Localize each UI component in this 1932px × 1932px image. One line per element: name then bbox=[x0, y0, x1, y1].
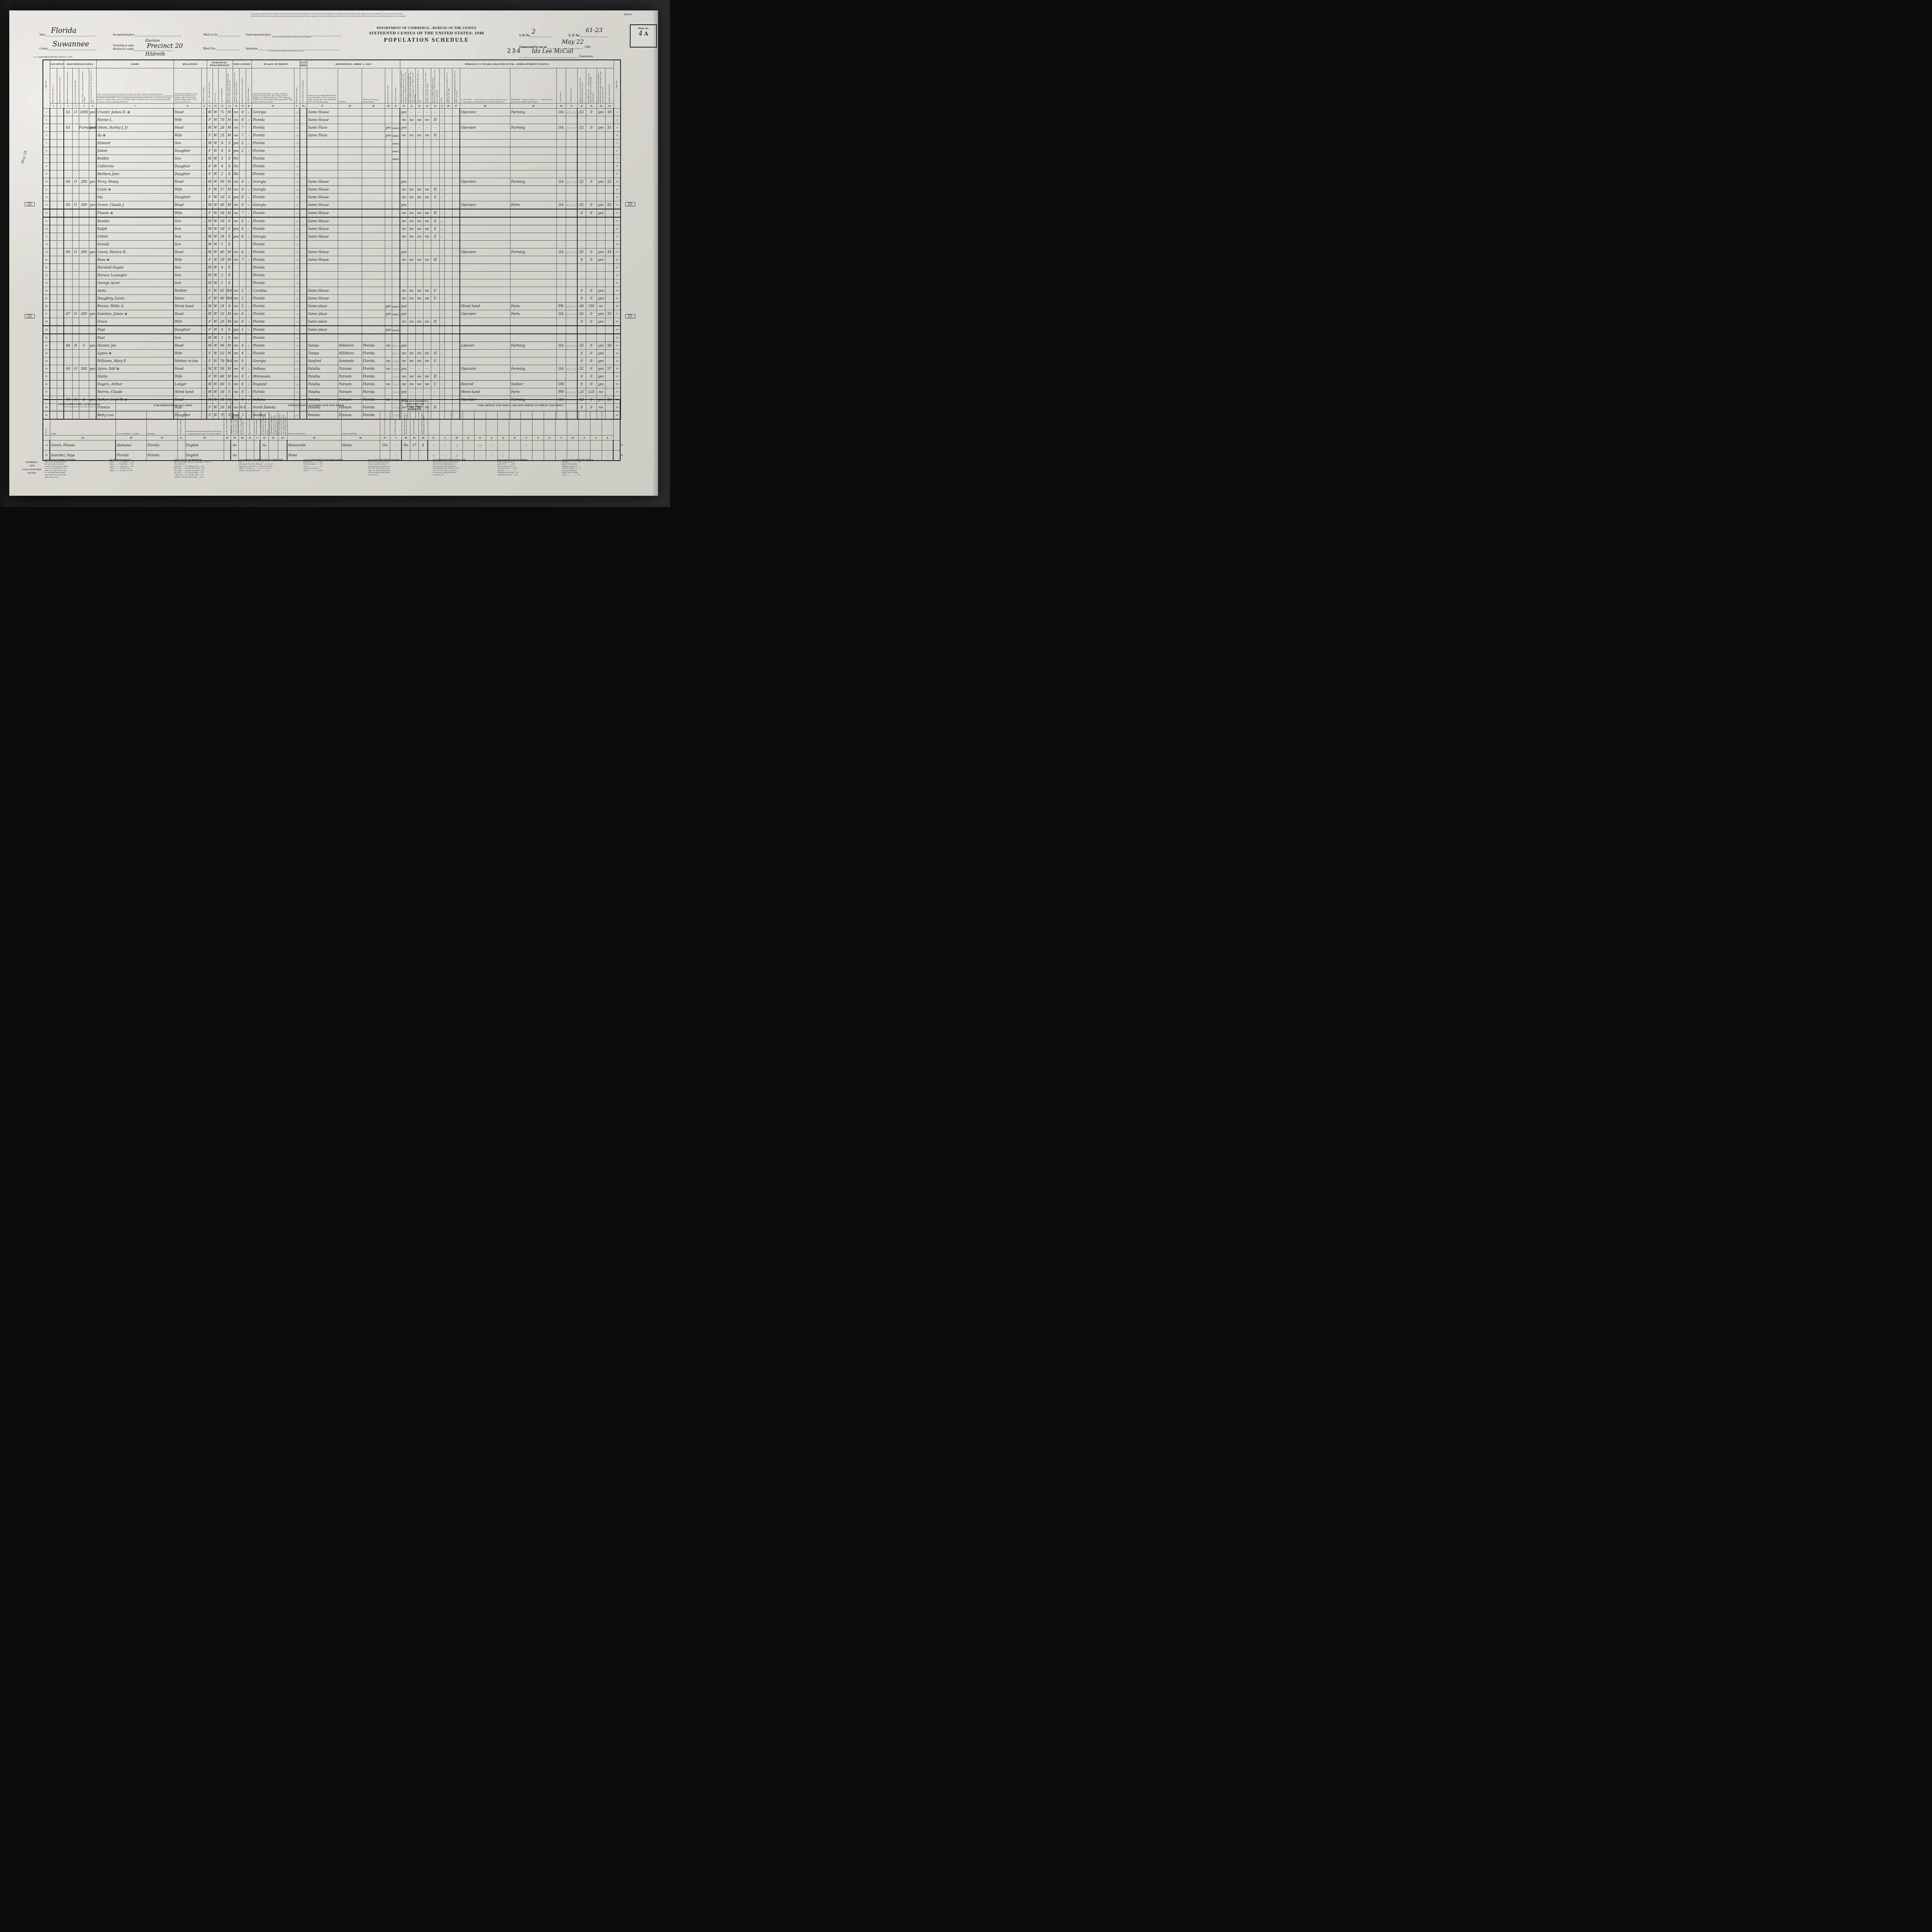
table-cell bbox=[72, 287, 79, 295]
table-cell bbox=[510, 279, 556, 287]
table-cell: Florida bbox=[146, 440, 177, 451]
table-cell bbox=[392, 295, 400, 303]
table-cell: 7 bbox=[239, 124, 246, 132]
table-cell bbox=[362, 264, 385, 272]
table-cell: no bbox=[233, 365, 239, 373]
table-cell: Florida bbox=[252, 132, 294, 139]
table-cell: 1 bbox=[439, 310, 444, 318]
table-cell bbox=[79, 170, 89, 178]
table-cell: no bbox=[233, 132, 239, 139]
table-cell bbox=[566, 116, 577, 124]
table-cell: M bbox=[207, 248, 213, 256]
column-desc: CODE (Leave blank) bbox=[390, 411, 401, 435]
table-cell: Son bbox=[173, 233, 201, 241]
table-cell bbox=[605, 272, 614, 279]
table-cell: 79 bbox=[294, 225, 300, 233]
table-cell bbox=[300, 233, 307, 241]
table-cell bbox=[452, 334, 460, 342]
table-cell: 8 bbox=[239, 318, 246, 326]
table-cell bbox=[50, 365, 57, 373]
table-cell: Son bbox=[173, 139, 201, 147]
table-cell bbox=[233, 241, 239, 248]
table-cell: 79 bbox=[294, 217, 300, 225]
table-cell bbox=[385, 373, 392, 381]
table-cell: George Aarel bbox=[96, 279, 173, 287]
table-cell bbox=[510, 264, 556, 272]
table-cell bbox=[385, 201, 392, 209]
table-cell bbox=[89, 225, 96, 233]
table-cell: 5 bbox=[439, 350, 444, 357]
table-cell bbox=[444, 248, 452, 256]
table-cell: 0 bbox=[586, 109, 597, 116]
table-cell bbox=[431, 170, 439, 178]
table-cell: 866 VV 4 bbox=[566, 388, 577, 396]
table-cell: 2 bbox=[239, 287, 246, 295]
table-cell bbox=[79, 388, 89, 396]
table-cell: Ronald bbox=[96, 241, 173, 248]
table-cell bbox=[72, 217, 79, 225]
column-number: 33 bbox=[597, 104, 605, 109]
table-cell: – bbox=[415, 201, 423, 209]
table-cell: 0 bbox=[586, 256, 597, 264]
symbols-notes-heading: SYMBOLSANDEXPLANATORYNOTES bbox=[22, 461, 43, 475]
table-cell: Catherine bbox=[96, 163, 173, 170]
table-cell: 125 bbox=[586, 388, 597, 396]
table-cell: Farming bbox=[510, 124, 556, 132]
table-cell: 2 bbox=[201, 264, 207, 272]
table-cell bbox=[57, 350, 64, 357]
table-cell bbox=[460, 116, 510, 124]
table-cell: 0 bbox=[577, 318, 586, 326]
table-cell: 22 bbox=[43, 272, 50, 279]
table-cell: Florida bbox=[252, 139, 294, 147]
column-number: 26 bbox=[444, 104, 452, 109]
table-cell bbox=[423, 170, 431, 178]
table-cell: Furnished bbox=[79, 124, 89, 132]
table-cell bbox=[431, 241, 439, 248]
table-row: 3168R5yesHunter, JoeHead0MW49Mno44Florid… bbox=[43, 342, 621, 350]
table-cell bbox=[50, 342, 57, 350]
table-cell: – bbox=[431, 303, 439, 310]
table-cell bbox=[57, 201, 64, 209]
table-cell: 5 bbox=[614, 139, 621, 147]
table-cell bbox=[444, 373, 452, 381]
table-cell bbox=[338, 116, 362, 124]
table-cell: S bbox=[226, 170, 233, 178]
sd-label: S. D. No. bbox=[519, 34, 530, 37]
column-desc bbox=[509, 411, 520, 435]
state-label: State bbox=[39, 33, 45, 36]
table-cell: Same House bbox=[307, 201, 338, 209]
table-cell bbox=[64, 334, 72, 342]
column-group: CITIZEN­SHIP bbox=[300, 60, 307, 68]
table-cell bbox=[57, 334, 64, 342]
table-cell: Agnes ⊗ bbox=[96, 350, 173, 357]
table-cell: W bbox=[213, 225, 218, 233]
table-cell: 000 VV 4 bbox=[566, 310, 577, 318]
table-cell bbox=[431, 139, 439, 147]
column-number: 39 bbox=[231, 435, 238, 440]
table-cell bbox=[239, 264, 246, 272]
table-cell: 8 bbox=[239, 225, 246, 233]
table-cell: Son bbox=[173, 264, 201, 272]
table-cell: 1 bbox=[201, 116, 207, 124]
column-number: 19 bbox=[362, 104, 385, 109]
table-cell: no bbox=[415, 350, 423, 357]
table-cell bbox=[57, 241, 64, 248]
table-cell bbox=[460, 350, 510, 357]
table-cell: Williams, Mary P. bbox=[96, 357, 173, 365]
table-cell bbox=[269, 440, 278, 451]
table-cell: W bbox=[213, 170, 218, 178]
table-cell: no bbox=[423, 350, 431, 357]
table-cell bbox=[385, 116, 392, 124]
table-cell: 79 bbox=[294, 272, 300, 279]
table-cell: 5 bbox=[439, 116, 444, 124]
table-cell bbox=[460, 233, 510, 241]
column-desc: Age at first marriage bbox=[410, 411, 418, 435]
column-number: M bbox=[451, 435, 463, 440]
table-cell: 21 bbox=[43, 264, 50, 272]
table-cell: Home bbox=[341, 440, 380, 451]
column-desc bbox=[451, 411, 463, 435]
table-cell: 0 bbox=[577, 295, 586, 303]
unincorporated-field: Unincorporated place (Name of unincorpor… bbox=[246, 33, 341, 38]
table-cell bbox=[72, 256, 79, 264]
table-cell: Head bbox=[173, 201, 201, 209]
table-cell bbox=[392, 194, 400, 201]
note-line: Corps) ........................... R bbox=[562, 474, 624, 476]
table-cell bbox=[586, 272, 597, 279]
table-cell bbox=[444, 209, 452, 217]
table-cell: 20 bbox=[43, 256, 50, 264]
table-cell bbox=[338, 139, 362, 147]
column-desc: CODE (Leave blank) bbox=[224, 411, 231, 435]
table-cell: S bbox=[226, 155, 233, 163]
table-cell bbox=[50, 233, 57, 241]
table-cell: 36 bbox=[614, 381, 621, 388]
column-group: EDUCATION bbox=[233, 60, 252, 68]
table-cell bbox=[408, 272, 415, 279]
table-cell: Operator bbox=[460, 310, 510, 318]
table-cell bbox=[300, 295, 307, 303]
table-cell bbox=[597, 116, 605, 124]
table-cell: no bbox=[400, 132, 408, 139]
table-cell: 8 bbox=[239, 373, 246, 381]
table-cell: M bbox=[226, 365, 233, 373]
table-cell: 51 bbox=[605, 124, 614, 132]
table-cell bbox=[300, 272, 307, 279]
table-cell: yes bbox=[597, 109, 605, 116]
table-cell: yes bbox=[89, 178, 96, 186]
table-cell: 2 bbox=[201, 139, 207, 147]
table-cell: – bbox=[408, 342, 415, 350]
table-cell bbox=[338, 248, 362, 256]
table-cell bbox=[89, 326, 96, 334]
table-cell: no bbox=[415, 209, 423, 217]
table-cell bbox=[307, 163, 338, 170]
sd-value: 2 bbox=[532, 28, 536, 35]
table-cell bbox=[439, 241, 444, 248]
table-cell: S bbox=[226, 139, 233, 147]
table-cell: yes bbox=[89, 248, 96, 256]
column-group: FOR PERSONS 14 YEARS OLD AND OVER bbox=[231, 400, 401, 411]
column-desc bbox=[602, 411, 613, 435]
table-cell bbox=[50, 295, 57, 303]
table-cell: Same Place bbox=[307, 124, 338, 132]
table-cell bbox=[300, 217, 307, 225]
table-cell: no bbox=[423, 194, 431, 201]
table-cell: – bbox=[431, 342, 439, 350]
table-cell bbox=[460, 373, 510, 381]
table-cell bbox=[50, 388, 57, 396]
table-cell bbox=[460, 295, 510, 303]
table-cell: Sanchez, James ⊗ bbox=[96, 310, 173, 318]
table-cell bbox=[57, 109, 64, 116]
table-cell: 64 bbox=[64, 178, 72, 186]
table-cell bbox=[385, 139, 392, 147]
table-cell: 7934 bbox=[392, 381, 400, 388]
table-cell: no bbox=[233, 318, 239, 326]
column-desc: If not seeking work, did he HAVE A JOB, … bbox=[423, 68, 431, 104]
table-cell: yes bbox=[400, 178, 408, 186]
institution-note: (Name of institution and lines on which … bbox=[269, 50, 340, 52]
table-cell: W bbox=[213, 326, 218, 334]
table-cell bbox=[385, 209, 392, 217]
table-cell: yes bbox=[400, 342, 408, 350]
table-cell bbox=[586, 279, 597, 287]
table-cell bbox=[338, 201, 362, 209]
table-cell bbox=[510, 350, 556, 357]
table-cell: no bbox=[233, 124, 239, 132]
table-cell: Same House bbox=[307, 248, 338, 256]
table-cell: Wd bbox=[226, 287, 233, 295]
table-cell bbox=[586, 132, 597, 139]
table-cell: 2 bbox=[218, 272, 226, 279]
table-cell: S bbox=[226, 381, 233, 388]
table-cell: 13 bbox=[43, 201, 50, 209]
table-cell bbox=[423, 264, 431, 272]
table-cell bbox=[597, 225, 605, 233]
table-cell bbox=[72, 233, 79, 241]
table-cell: X0V2 bbox=[392, 124, 400, 132]
explanatory-notes: SYMBOLSANDEXPLANATORYNOTES Col. 5. VALUE… bbox=[22, 459, 624, 494]
table-cell: Lizzie ⊗ bbox=[96, 186, 173, 194]
table-cell: F bbox=[207, 287, 213, 295]
column-desc: House number (in cities and towns) bbox=[57, 68, 64, 104]
table-cell bbox=[392, 209, 400, 217]
table-cell: Operator bbox=[460, 109, 510, 116]
table-cell: yes bbox=[89, 365, 96, 373]
table-cell: M bbox=[207, 241, 213, 248]
table-cell: 5 bbox=[520, 440, 532, 451]
table-cell bbox=[57, 170, 64, 178]
table-cell bbox=[605, 233, 614, 241]
table-cell bbox=[510, 287, 556, 295]
table-cell: 6 bbox=[439, 194, 444, 201]
table-cell: 4 bbox=[451, 440, 463, 451]
table-cell: 8 bbox=[246, 365, 252, 373]
column-desc: CODE (Leave blank) bbox=[201, 68, 207, 104]
table-cell bbox=[510, 233, 556, 241]
column-number: P bbox=[486, 435, 497, 440]
table-cell: 79 bbox=[294, 124, 300, 132]
table-cell: Hillsboro bbox=[338, 350, 362, 357]
table-cell bbox=[338, 178, 362, 186]
table-cell: O bbox=[72, 178, 79, 186]
table-cell: 37 bbox=[614, 388, 621, 396]
table-cell bbox=[408, 326, 415, 334]
table-cell: W bbox=[213, 139, 218, 147]
institution-label: Institution bbox=[246, 47, 258, 50]
table-cell: 7 bbox=[439, 381, 444, 388]
table-cell: 2 bbox=[201, 170, 207, 178]
table-cell bbox=[50, 109, 57, 116]
table-cell: Operator bbox=[460, 248, 510, 256]
table-cell bbox=[460, 241, 510, 248]
table-cell: W bbox=[213, 295, 218, 303]
table-cell: 0 bbox=[586, 318, 597, 326]
table-cell bbox=[597, 233, 605, 241]
table-cell: yes bbox=[597, 256, 605, 264]
table-cell: Georgia bbox=[252, 233, 294, 241]
table-cell: Florida bbox=[252, 217, 294, 225]
ward-label: Ward of city bbox=[203, 33, 218, 36]
table-cell bbox=[452, 350, 460, 357]
table-cell bbox=[431, 326, 439, 334]
table-cell: Lodger bbox=[173, 381, 201, 388]
table-cell bbox=[510, 256, 556, 264]
table-cell: Florida bbox=[362, 342, 385, 350]
table-cell: F bbox=[207, 170, 213, 178]
table-cell bbox=[385, 388, 392, 396]
table-cell: 29 bbox=[43, 326, 50, 334]
table-cell: yes bbox=[89, 342, 96, 350]
column-number: 25 bbox=[431, 104, 439, 109]
table-cell bbox=[64, 279, 72, 287]
table-cell: 18 bbox=[294, 233, 300, 241]
table-cell: 7933 bbox=[392, 373, 400, 381]
table-cell: no bbox=[233, 303, 239, 310]
table-cell: Head bbox=[173, 248, 201, 256]
table-row: 37Morris, ClaudeHired handXMW18Sno88Flor… bbox=[43, 388, 621, 396]
table-cell: 8 bbox=[239, 186, 246, 194]
table-cell bbox=[605, 388, 614, 396]
column-number: 17 bbox=[307, 104, 338, 109]
table-cell: W bbox=[213, 201, 218, 209]
table-cell: Son bbox=[173, 241, 201, 248]
table-cell: 4 bbox=[239, 342, 246, 350]
institution-field: Institution (Name of institution and lin… bbox=[246, 47, 340, 52]
table-cell bbox=[64, 116, 72, 124]
table-cell: Farm bbox=[510, 201, 556, 209]
table-cell: S bbox=[226, 303, 233, 310]
table-cell: – bbox=[408, 248, 415, 256]
table-cell: 28 bbox=[218, 124, 226, 132]
table-cell: Hired hand bbox=[173, 303, 201, 310]
table-cell bbox=[50, 241, 57, 248]
table-cell: W bbox=[213, 334, 218, 342]
table-cell bbox=[577, 170, 586, 178]
table-cell: S bbox=[226, 334, 233, 342]
table-cell: 2 bbox=[201, 279, 207, 287]
schedule-title: POPULATION SCHEDULE bbox=[349, 37, 504, 44]
note-line: College, 5th or subsequent year ........… bbox=[239, 469, 301, 472]
table-cell bbox=[556, 139, 566, 147]
table-cell bbox=[586, 217, 597, 225]
table-cell: 38 bbox=[474, 440, 486, 451]
table-cell bbox=[510, 170, 556, 178]
table-cell: 3 bbox=[43, 124, 50, 132]
table-cell: S bbox=[226, 279, 233, 287]
table-cell bbox=[423, 147, 431, 155]
table-cell: no bbox=[423, 287, 431, 295]
table-cell bbox=[233, 279, 239, 287]
table-cell bbox=[338, 209, 362, 217]
table-cell: 0 bbox=[439, 440, 451, 451]
table-cell bbox=[57, 155, 64, 163]
table-cell: Carolina bbox=[252, 287, 294, 295]
table-cell: no bbox=[423, 233, 431, 241]
table-cell bbox=[556, 155, 566, 163]
table-cell bbox=[415, 139, 423, 147]
table-cell bbox=[50, 272, 57, 279]
table-cell bbox=[577, 241, 586, 248]
table-cell bbox=[566, 334, 577, 342]
table-cell bbox=[586, 233, 597, 241]
table-cell bbox=[385, 147, 392, 155]
table-cell bbox=[392, 225, 400, 233]
table-cell: M bbox=[226, 132, 233, 139]
table-cell: M bbox=[207, 217, 213, 225]
table-cell: yes bbox=[597, 381, 605, 388]
table-cell bbox=[460, 318, 510, 326]
table-cell: 866 VV 4 bbox=[566, 303, 577, 310]
column-number: 15 bbox=[252, 104, 294, 109]
table-cell bbox=[452, 225, 460, 233]
column-number: 24 bbox=[423, 104, 431, 109]
table-cell bbox=[392, 217, 400, 225]
table-cell bbox=[597, 264, 605, 272]
table-cell: no bbox=[597, 388, 605, 396]
table-cell bbox=[362, 303, 385, 310]
table-cell bbox=[444, 326, 452, 334]
table-cell: S bbox=[226, 388, 233, 396]
table-cell: no bbox=[408, 350, 415, 357]
block-field: Block Nos. bbox=[203, 47, 240, 50]
table-cell bbox=[400, 326, 408, 334]
table-cell: S bbox=[226, 272, 233, 279]
table-cell bbox=[239, 241, 246, 248]
table-cell bbox=[57, 248, 64, 256]
table-cell bbox=[460, 225, 510, 233]
table-cell: 5 bbox=[439, 256, 444, 264]
table-cell bbox=[400, 139, 408, 147]
table-cell bbox=[57, 194, 64, 201]
table-cell: Same House bbox=[307, 178, 338, 186]
table-cell bbox=[338, 272, 362, 279]
column-number: 3 bbox=[64, 104, 72, 109]
column-number: 37 bbox=[146, 435, 177, 440]
table-cell: no bbox=[233, 248, 239, 256]
table-cell: – bbox=[415, 178, 423, 186]
table-cell: 65 bbox=[64, 201, 72, 209]
table-cell: Same House bbox=[307, 194, 338, 201]
table-cell bbox=[72, 373, 79, 381]
table-cell: Florida bbox=[252, 155, 294, 163]
table-cell bbox=[452, 170, 460, 178]
table-row: 14Flossie ⊗Wife1FW38Mno77Florida79Same H… bbox=[43, 209, 621, 217]
